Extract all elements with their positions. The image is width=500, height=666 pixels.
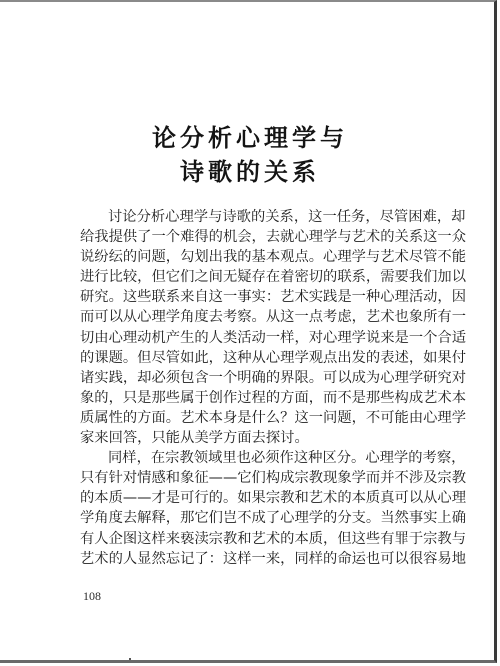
- chapter-title-line-1: 论分析心理学与: [0, 118, 500, 153]
- text-line: 同样，在宗教领域里也必须作这种区分。心理学的考察，: [80, 448, 435, 468]
- text-line: 说纷纭的问题，勾划出我的基本观点。心理学与艺术尽管不能: [80, 247, 435, 267]
- text-line: 有人企图这样来亵渎宗教和艺术的本质，但这些有罪于宗教与: [80, 529, 435, 549]
- text-line: 讨论分析心理学与诗歌的关系，这一任务，尽管困难，却: [80, 207, 435, 227]
- chapter-title-line-2: 诗歌的关系: [0, 152, 500, 187]
- text-line: 切由心理动机产生的人类活动一样，对心理学说来是一个合适: [80, 328, 435, 348]
- text-line: 给我提供了一个难得的机会，去就心理学与艺术的关系这一众: [80, 227, 435, 247]
- text-line: 诸实践，却必须包含一个明确的界限。可以成为心理学研究对: [80, 368, 435, 388]
- text-line: 只有针对情感和象征——它们构成宗教现象学而并不涉及宗教: [80, 468, 435, 488]
- book-page: 论分析心理学与 诗歌的关系 讨论分析心理学与诗歌的关系，这一任务，尽管困难，却 …: [0, 0, 497, 663]
- page-number: 108: [83, 589, 101, 604]
- text-line: 家来回答，只能从美学方面去探讨。: [80, 428, 435, 448]
- text-line: 研究。这些联系来自这一事实：艺术实践是一种心理活动，因: [80, 287, 435, 307]
- text-line: 的本质——才是可行的。如果宗教和艺术的本质真可以从心理: [80, 488, 435, 508]
- text-line: 进行比较，但它们之间无疑存在着密切的联系，需要我们加以: [80, 267, 435, 287]
- text-line: 质属性的方面。艺术本身是什么？这一问题，不可能由心理学: [80, 408, 435, 428]
- body-text: 讨论分析心理学与诗歌的关系，这一任务，尽管困难，却 给我提供了一个难得的机会，去…: [80, 207, 435, 569]
- text-line: 而可以从心理学角度去考察。从这一点考虑，艺术也象所有一: [80, 307, 435, 327]
- text-line: 的课题。但尽管如此，这种从心理学观点出发的表述，如果付: [80, 348, 435, 368]
- scan-speck: [129, 658, 131, 660]
- text-line: 学角度去解释，那它们岂不成了心理学的分支。当然事实上确: [80, 508, 435, 528]
- text-line: 艺术的人显然忘记了：这样一来，同样的命运也可以很容易地: [80, 549, 435, 569]
- text-line: 象的，只是那些属于创作过程的方面，而不是那些构成艺术本: [80, 388, 435, 408]
